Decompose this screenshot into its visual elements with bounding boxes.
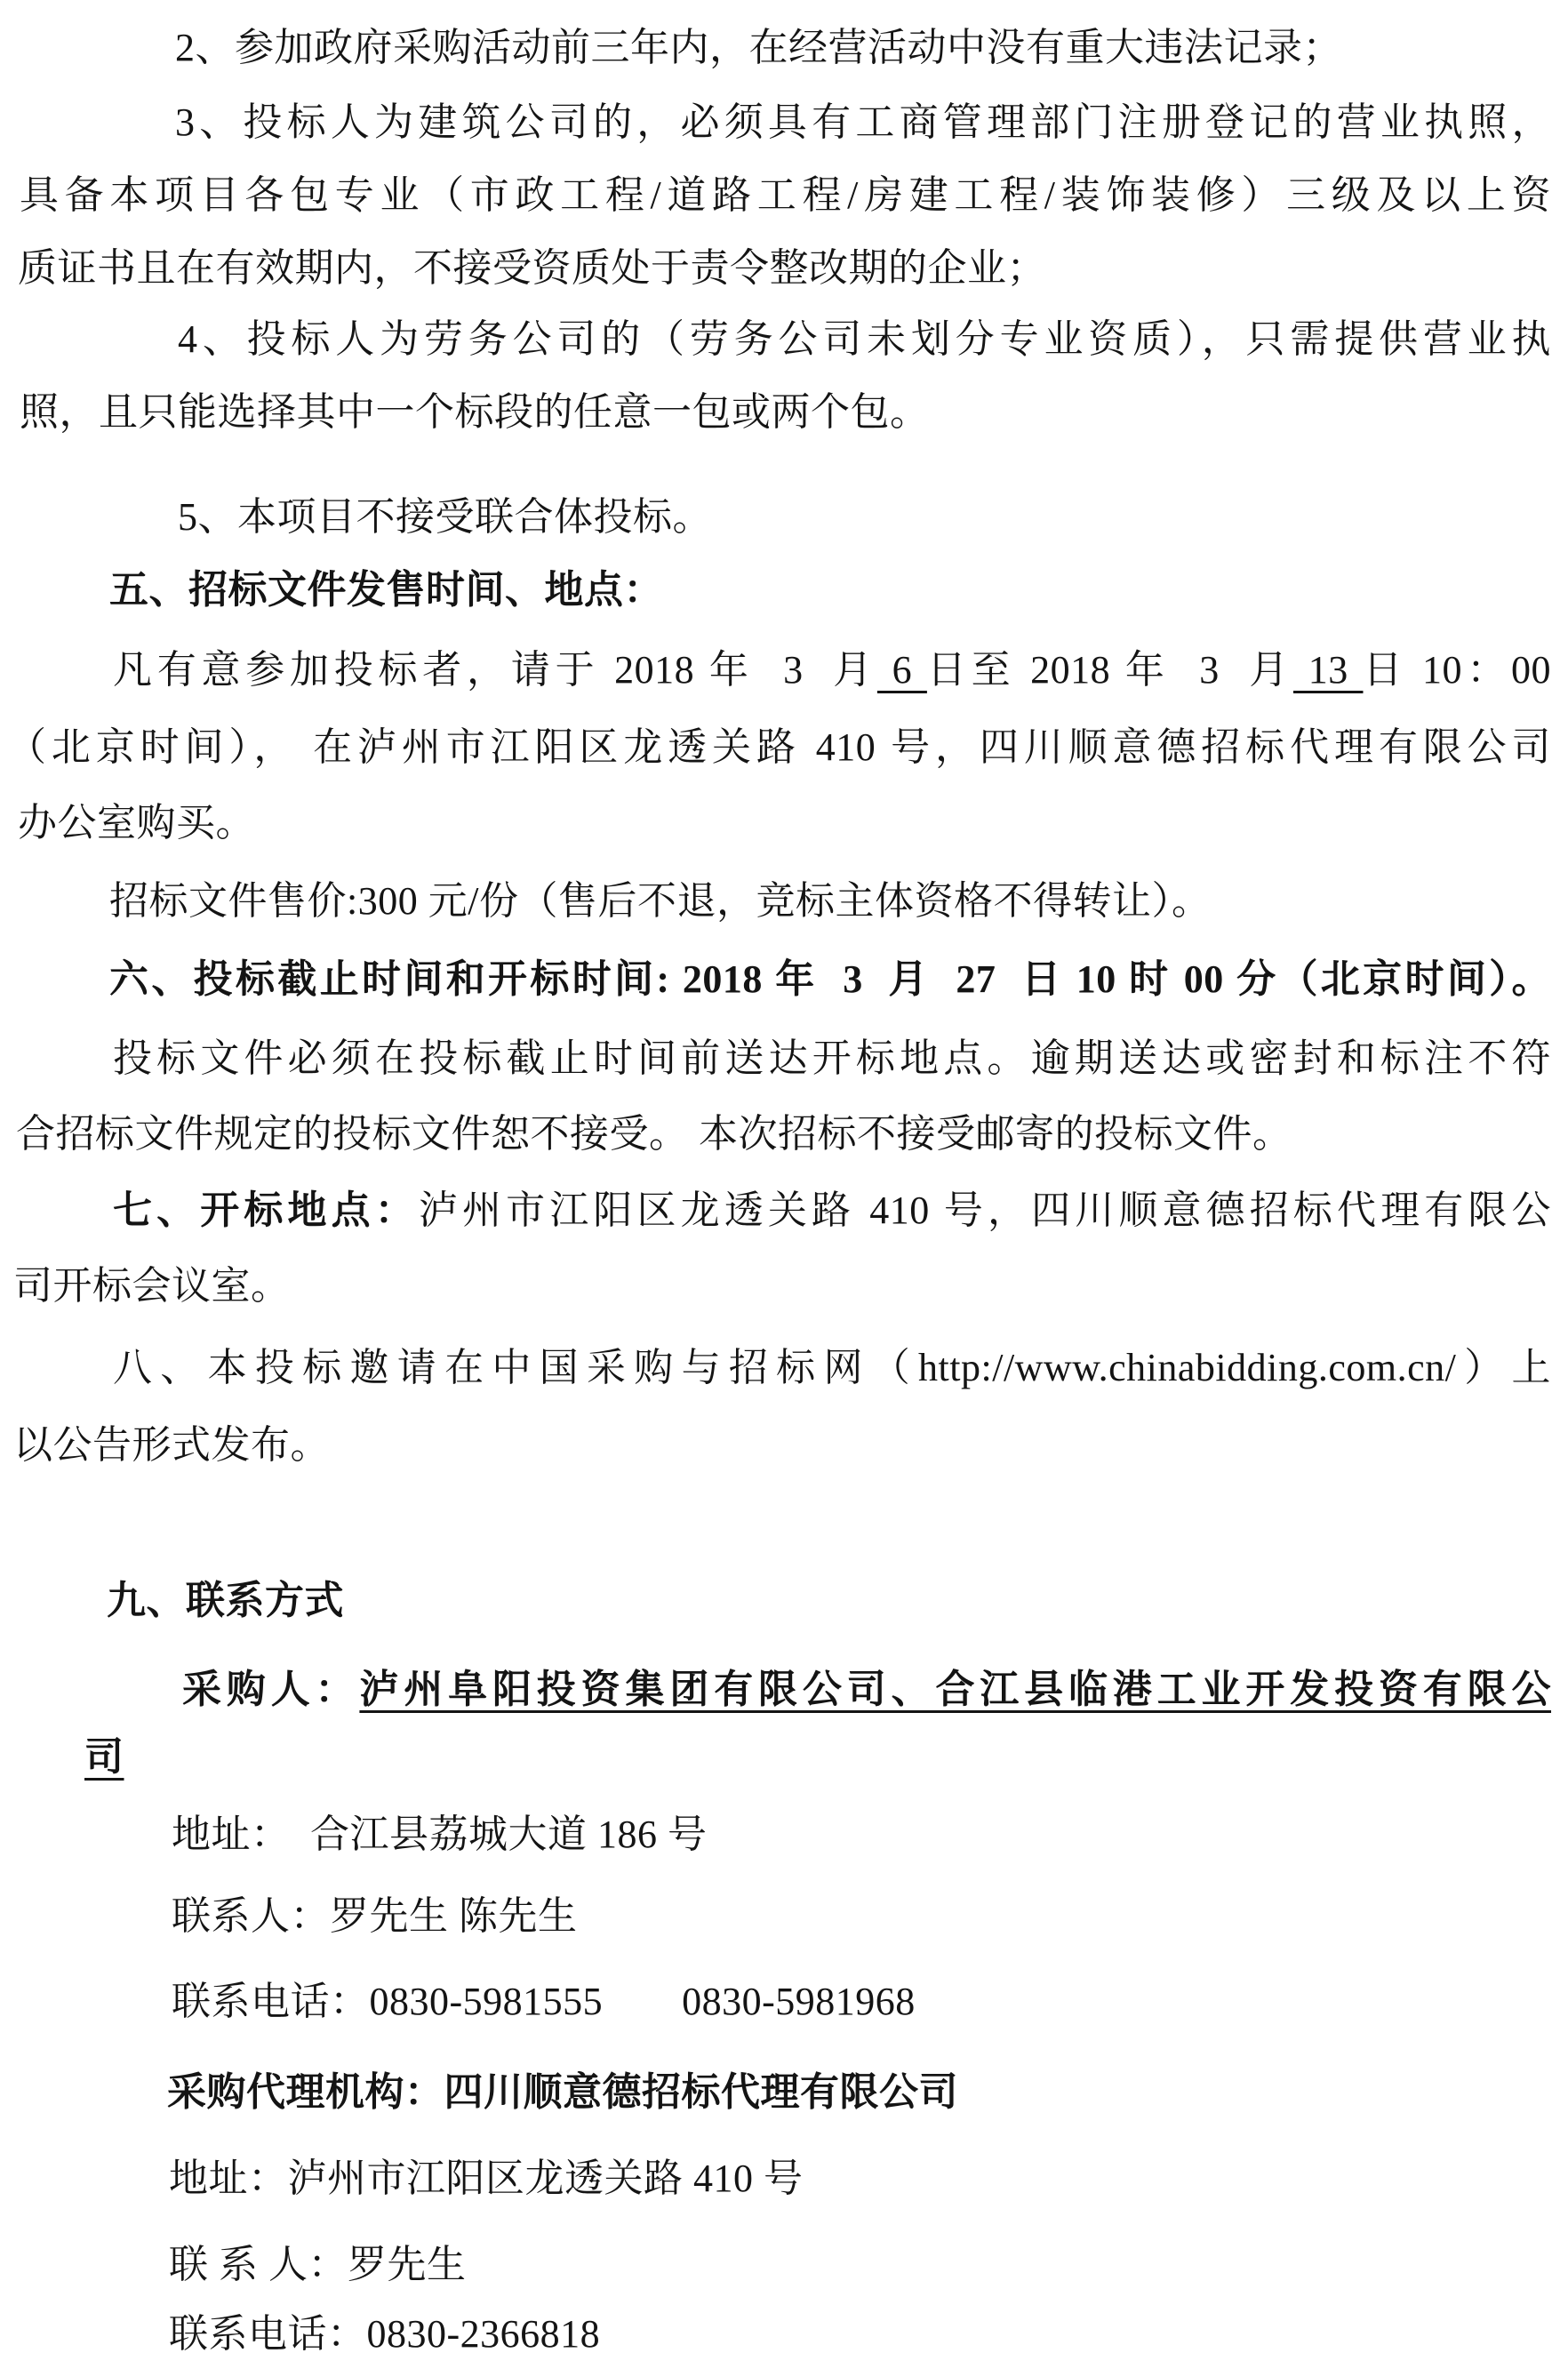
clause-3-segment-0: 3、投标人为建筑公司的，必须具有工商管理部门注册登记的营业执照，: [175, 100, 1551, 144]
deadline-note-1-segment-0: 投标文件必须在投标截止时间前送达开标地点。逾期送达或密封和标注不符: [113, 1036, 1551, 1080]
purchaser-line-segment-0: 采购人：: [182, 1668, 359, 1711]
clause-2-segment-0: 2、参加政府采购活动前三年内，在经营活动中没有重大违法记录；: [175, 26, 1342, 69]
section-6-heading: 六、投标截止时间和开标时间: 2018 年 3 月 27 日 10 时 00 分…: [109, 956, 1551, 1004]
sale-time-line: 凡有意参加投标者，请于 2018 年 3 月 6 日至 2018 年 3 月 1…: [113, 647, 1551, 694]
section-5-heading: 五、招标文件发售时间、地点：: [109, 567, 663, 614]
section-7-line: 七、开标地点：泸州市江阳区龙透关路 410 号，四川顺意德招标代理有限公: [113, 1188, 1551, 1235]
section-6-heading-segment-0: 六、投标截止时间和开标时间: 2018 年 3 月 27 日 10 时 00 分…: [109, 957, 1551, 1001]
purchaser-phone: 联系电话：0830-5981555 0830-5981968: [172, 1979, 916, 2026]
sale-time-cont-1: （北京时间）， 在泸州市江阳区龙透关路 410 号，四川顺意德招标代理有限公司: [7, 724, 1551, 772]
purchaser-cont-segment-0: 司: [84, 1735, 124, 1779]
clause-2: 2、参加政府采购活动前三年内，在经营活动中没有重大违法记录；: [175, 25, 1342, 72]
sale-time-line-segment-4: 日 10：00: [1364, 648, 1552, 692]
clause-4-segment-0: 4、投标人为劳务公司的（劳务公司未划分专业资质），只需提供营业执: [178, 317, 1551, 361]
sale-time-line-segment-1: 6: [877, 648, 927, 692]
section-8-line-segment-0: 八、本投标邀请在中国采购与招标网（http://www.chinabidding…: [113, 1346, 1551, 1389]
section-7-cont: 司开标会议室。: [13, 1263, 291, 1310]
clause-5-segment-0: 5、本项目不接受联合体投标。: [178, 495, 712, 539]
section-9-heading-segment-0: 九、联系方式: [107, 1579, 344, 1622]
clause-4-cont: 照，且只能选择其中一个标段的任意一包或两个包。: [20, 389, 930, 436]
clause-4-cont-segment-0: 照，且只能选择其中一个标段的任意一包或两个包。: [20, 390, 930, 434]
purchaser-contact-segment-0: 联系人：罗先生 陈先生: [172, 1894, 578, 1938]
section-9-heading: 九、联系方式: [107, 1578, 344, 1625]
sale-time-line-segment-2: 日至 2018 年 3 月: [927, 648, 1293, 692]
agency-line: 采购代理机构：四川顺意德招标代理有限公司: [167, 2069, 958, 2117]
doc-price-line-segment-0: 招标文件售价:300 元/份（售后不退，竞标主体资格不得转让）。: [109, 879, 1211, 923]
agency-address-segment-0: 地址：泸州市江阳区龙透关路 410 号: [169, 2157, 804, 2200]
clause-5: 5、本项目不接受联合体投标。: [178, 494, 712, 541]
purchaser-cont: 司: [84, 1734, 124, 1781]
sale-time-cont-2-segment-0: 办公室购买。: [18, 801, 255, 844]
deadline-note-1: 投标文件必须在投标截止时间前送达开标地点。逾期送达或密封和标注不符: [113, 1036, 1551, 1083]
document-page: 2、参加政府采购活动前三年内，在经营活动中没有重大违法记录；3、投标人为建筑公司…: [0, 0, 1568, 2361]
agency-address: 地址：泸州市江阳区龙透关路 410 号: [169, 2156, 804, 2203]
purchaser-address: 地址： 合江县荔城大道 186 号: [172, 1812, 708, 1859]
deadline-note-2-segment-0: 合招标文件规定的投标文件恕不接受。 本次招标不接受邮寄的投标文件。: [16, 1112, 1292, 1156]
section-7-cont-segment-0: 司开标会议室。: [13, 1264, 291, 1308]
clause-3: 3、投标人为建筑公司的，必须具有工商管理部门注册登记的营业执照，: [175, 100, 1551, 147]
sale-time-line-segment-0: 凡有意参加投标者，请于 2018 年 3 月: [113, 648, 877, 692]
section-8-cont: 以公告形式发布。: [13, 1422, 330, 1469]
section-7-line-segment-1: 泸州市江阳区龙透关路 410 号，四川顺意德招标代理有限公: [419, 1189, 1551, 1232]
sale-time-cont-2: 办公室购买。: [18, 800, 255, 847]
agency-contact: 联 系 人：罗先生: [169, 2242, 467, 2289]
section-7-line-segment-0: 七、开标地点：: [113, 1189, 419, 1232]
doc-price-line: 招标文件售价:300 元/份（售后不退，竞标主体资格不得转让）。: [109, 878, 1211, 925]
section-8-cont-segment-0: 以公告形式发布。: [13, 1423, 330, 1467]
purchaser-line: 采购人：泸州阜阳投资集团有限公司、合江县临港工业开发投资有限公: [182, 1667, 1551, 1714]
clause-3-cont-1: 具备本项目各包专业（市政工程/道路工程/房建工程/装饰装修）三级及以上资: [20, 172, 1551, 220]
sale-time-cont-1-segment-0: （北京时间）， 在泸州市江阳区龙透关路 410 号，四川顺意德招标代理有限公司: [7, 725, 1551, 769]
agency-phone: 联系电话：0830-2366818: [169, 2311, 600, 2358]
clause-3-cont-2-segment-0: 质证书且在有效期内，不接受资质处于责令整改期的企业；: [18, 246, 1046, 290]
agency-phone-segment-0: 联系电话：0830-2366818: [169, 2312, 600, 2356]
agency-contact-segment-0: 联 系 人：罗先生: [169, 2243, 467, 2286]
sale-time-line-segment-3: 13: [1293, 648, 1364, 692]
purchaser-contact: 联系人：罗先生 陈先生: [172, 1893, 578, 1941]
section-5-heading-segment-0: 五、招标文件发售时间、地点：: [109, 568, 663, 612]
deadline-note-2: 合招标文件规定的投标文件恕不接受。 本次招标不接受邮寄的投标文件。: [16, 1111, 1292, 1158]
section-8-line: 八、本投标邀请在中国采购与招标网（http://www.chinabidding…: [113, 1345, 1551, 1392]
purchaser-line-segment-1: 泸州阜阳投资集团有限公司、合江县临港工业开发投资有限公: [359, 1668, 1551, 1711]
clause-3-cont-2: 质证书且在有效期内，不接受资质处于责令整改期的企业；: [18, 245, 1046, 292]
purchaser-address-segment-0: 地址： 合江县荔城大道 186 号: [172, 1813, 708, 1856]
clause-3-cont-1-segment-0: 具备本项目各包专业（市政工程/道路工程/房建工程/装饰装修）三级及以上资: [20, 173, 1551, 217]
purchaser-phone-segment-0: 联系电话：0830-5981555 0830-5981968: [172, 1980, 916, 2023]
clause-4: 4、投标人为劳务公司的（劳务公司未划分专业资质），只需提供营业执: [178, 316, 1551, 364]
agency-line-segment-0: 采购代理机构：四川顺意德招标代理有限公司: [167, 2070, 958, 2114]
